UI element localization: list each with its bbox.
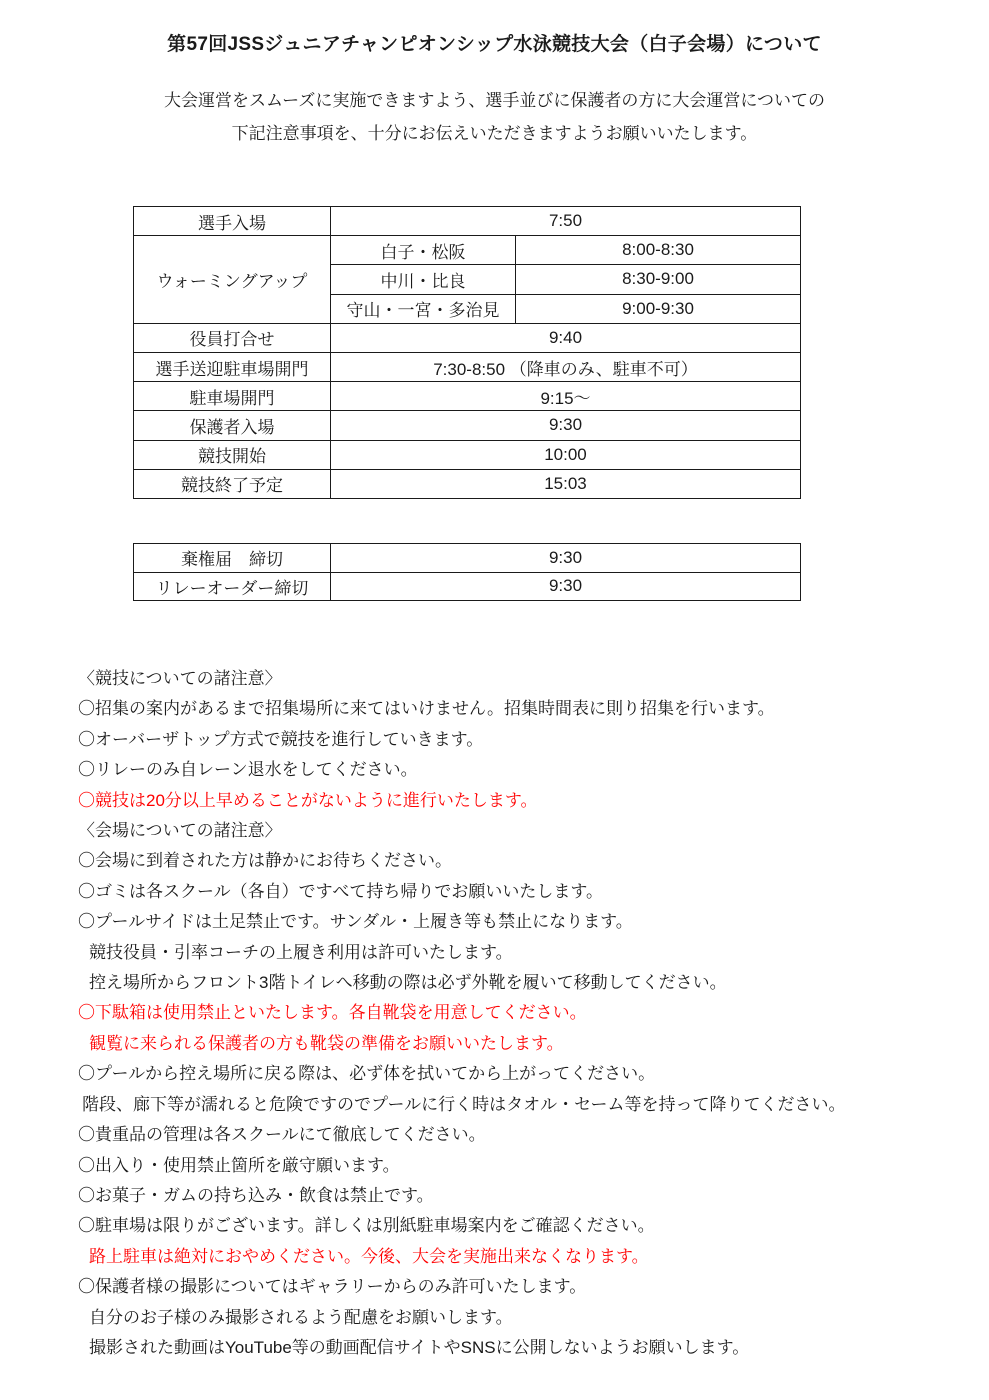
note-line: 〇会場に到着された方は静かにお待ちください。 <box>0 846 989 876</box>
schedule-table: 選手入場 7:50 ウォーミングアップ 白子・松阪 8:00-8:30 中川・比… <box>133 206 801 499</box>
note-section-header: 〈会場についての諸注意〉 <box>0 816 989 846</box>
note-line-emphasis: 〇競技は20分以上早めることがないように進行いたします。 <box>0 786 989 816</box>
schedule-value: 9:30 <box>331 411 801 440</box>
warmup-group: 中川・比良 <box>331 265 516 294</box>
intro-paragraph: 大会運営をスムーズに実施できますよう、選手並びに保護者の方に大会運営についての … <box>0 84 989 150</box>
deadline-table: 棄権届 締切 9:30 リレーオーダー締切 9:30 <box>133 543 801 601</box>
table-row: 保護者入場 9:30 <box>134 411 801 440</box>
note-line: 〇お菓子・ガムの持ち込み・飲食は禁止です。 <box>0 1181 989 1211</box>
table-row: 選手送迎駐車場開門 7:30-8:50 （降車のみ、駐車不可） <box>134 352 801 381</box>
schedule-value: 7:50 <box>331 207 801 236</box>
table-row: リレーオーダー締切 9:30 <box>134 572 801 601</box>
warmup-time: 8:30-9:00 <box>516 265 801 294</box>
note-subline-emphasis: 観覧に来られる保護者の方も靴袋の準備をお願いいたします。 <box>0 1029 989 1059</box>
note-subline: 競技役員・引率コーチの上履き利用は許可いたします。 <box>0 938 989 968</box>
note-line: 〇保護者様の撮影についてはギャラリーからのみ許可いたします。 <box>0 1272 989 1302</box>
note-line: 〇プールサイドは土足禁止です。サンダル・上履き等も禁止になります。 <box>0 907 989 937</box>
note-line-emphasis: 〇下駄箱は使用禁止といたします。各自靴袋を用意してください。 <box>0 998 989 1028</box>
deadline-value: 9:30 <box>331 544 801 573</box>
deadline-value: 9:30 <box>331 572 801 601</box>
warmup-time: 8:00-8:30 <box>516 236 801 265</box>
note-line: 〇駐車場は限りがございます。詳しくは別紙駐車場案内をご確認ください。 <box>0 1211 989 1241</box>
page-title: 第57回JSSジュニアチャンピオンシップ水泳競技大会（白子会場）について <box>0 29 989 56</box>
deadline-label: リレーオーダー締切 <box>134 572 331 601</box>
note-subline: 控え場所からフロント3階トイレへ移動の際は必ず外靴を履いて移動してください。 <box>0 968 989 998</box>
note-line: 〇出入り・使用禁止箇所を厳守願います。 <box>0 1151 989 1181</box>
schedule-value: 10:00 <box>331 440 801 469</box>
schedule-label: 競技開始 <box>134 440 331 469</box>
schedule-value: 9:15～ <box>331 382 801 411</box>
schedule-label: 役員打合せ <box>134 323 331 352</box>
schedule-label: 保護者入場 <box>134 411 331 440</box>
note-subline: 自分のお子様のみ撮影されるよう配慮をお願いします。 <box>0 1303 989 1333</box>
note-line: 〇ゴミは各スクール（各自）ですべて持ち帰りでお願いいたします。 <box>0 877 989 907</box>
table-row: 競技開始 10:00 <box>134 440 801 469</box>
note-subline-emphasis: 路上駐車は絶対におやめください。今後、大会を実施出来なくなります。 <box>0 1242 989 1272</box>
note-section-header: 〈競技についての諸注意〉 <box>0 664 989 694</box>
note-line: 〇貴重品の管理は各スクールにて徹底してください。 <box>0 1120 989 1150</box>
table-row: 役員打合せ 9:40 <box>134 323 801 352</box>
table-row: ウォーミングアップ 白子・松阪 8:00-8:30 <box>134 236 801 265</box>
note-subline: 階段、廊下等が濡れると危険ですのでプールに行く時はタオル・セーム等を持って降りて… <box>0 1090 989 1120</box>
intro-line: 大会運営をスムーズに実施できますよう、選手並びに保護者の方に大会運営についての <box>0 84 989 117</box>
document-page: 第57回JSSジュニアチャンピオンシップ水泳競技大会（白子会場）について 大会運… <box>0 0 989 1400</box>
table-row: 棄権届 締切 9:30 <box>134 544 801 573</box>
schedule-label: 選手入場 <box>134 207 331 236</box>
schedule-value: 9:40 <box>331 323 801 352</box>
note-subline: 撮影された動画はYouTube等の動画配信サイトやSNSに公開しないようお願いし… <box>0 1333 989 1363</box>
note-line: 〇招集の案内があるまで招集場所に来てはいけません。招集時間表に則り招集を行います… <box>0 694 989 724</box>
warmup-time: 9:00-9:30 <box>516 294 801 323</box>
note-line: 〇リレーのみ自レーン退水をしてください。 <box>0 755 989 785</box>
schedule-label: 駐車場開門 <box>134 382 331 411</box>
schedule-label: ウォーミングアップ <box>134 236 331 324</box>
schedule-value: 15:03 <box>331 469 801 498</box>
warmup-group: 守山・一宮・多治見 <box>331 294 516 323</box>
note-line: 〇プールから控え場所に戻る際は、必ず体を拭いてから上がってください。 <box>0 1059 989 1089</box>
schedule-value: 7:30-8:50 （降車のみ、駐車不可） <box>331 352 801 381</box>
deadline-label: 棄権届 締切 <box>134 544 331 573</box>
table-row: 駐車場開門 9:15～ <box>134 382 801 411</box>
notes-section: 〈競技についての諸注意〉 〇招集の案内があるまで招集場所に来てはいけません。招集… <box>0 664 989 1363</box>
warmup-group: 白子・松阪 <box>331 236 516 265</box>
note-line: 〇オーバーザトップ方式で競技を進行していきます。 <box>0 725 989 755</box>
schedule-label: 選手送迎駐車場開門 <box>134 352 331 381</box>
table-row: 選手入場 7:50 <box>134 207 801 236</box>
table-row: 競技終了予定 15:03 <box>134 469 801 498</box>
schedule-label: 競技終了予定 <box>134 469 331 498</box>
intro-line: 下記注意事項を、十分にお伝えいただきますようお願いいたします。 <box>0 117 989 150</box>
